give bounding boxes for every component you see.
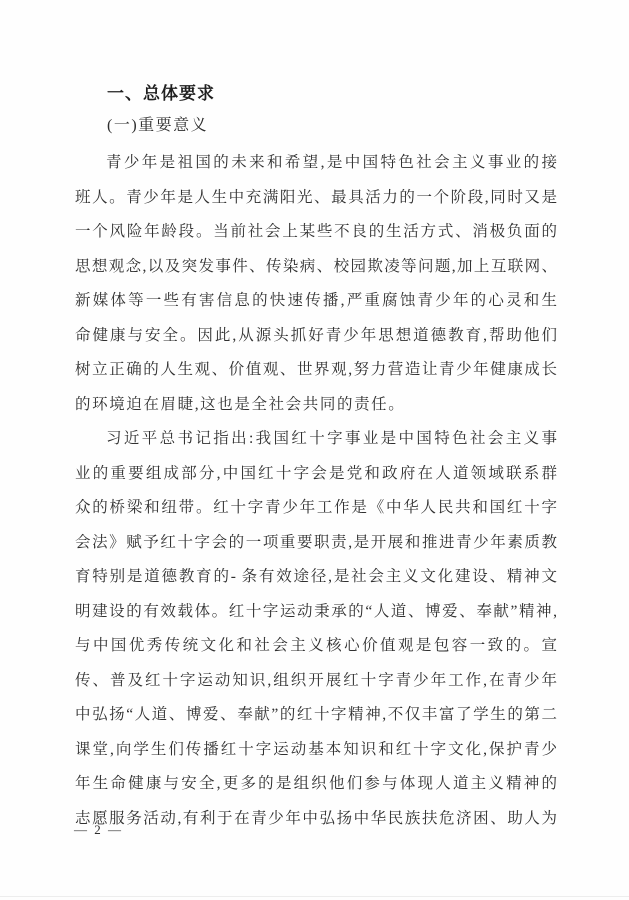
text-line: 众的桥梁和纽带。红十字青少年工作是《中华人民共和国红十字 [75,491,557,526]
text-line: 明建设的有效载体。红十字运动秉承的“人道、博爱、奉献”精神, [75,595,557,630]
scan-bottom-edge [0,896,629,897]
text-line: 业的重要组成部分,中国红十字会是党和政府在人道领域联系群 [75,457,557,492]
text-line: 中弘扬“人道、博爱、奉献”的红十字精神,不仅丰富了学生的第二 [75,698,557,733]
text-line: 班人。青少年是人生中充满阳光、最具活力的一个阶段,同时又是 [75,181,557,216]
text-line: 育特别是道德教育的- 条有效途径,是社会主义文化建设、精神文 [75,560,557,595]
body-paragraphs: 青少年是祖国的未来和希望,是中国特色社会主义事业的接班人。青少年是人生中充满阳光… [75,146,557,836]
text-line: 与中国优秀传统文化和社会主义核心价值观是包容一致的。宣 [75,629,557,664]
text-line: 思想观念,以及突发事件、传染病、校园欺凌等问题,加上互联网、 [75,250,557,285]
text-line: 树立正确的人生观、价值观、世界观,努力营造让青少年健康成长 [75,353,557,388]
text-line: 习近平总书记指出:我国红十字事业是中国特色社会主义事 [75,422,557,457]
text-line: 年生命健康与安全,更多的是组织他们参与体现人道主义精神的 [75,767,557,802]
text-line: 志愿服务活动,有利于在青少年中弘扬中华民族扶危济困、助人为 [75,802,557,837]
text-line: 会法》赋予红十字会的一项重要职责,是开展和推进青少年素质教 [75,526,557,561]
text-block: 一、总体要求 (一)重要意义 青少年是祖国的未来和希望,是中国特色社会主义事业的… [75,84,557,836]
document-page: 一、总体要求 (一)重要意义 青少年是祖国的未来和希望,是中国特色社会主义事业的… [0,0,629,900]
text-line: 青少年是祖国的未来和希望,是中国特色社会主义事业的接 [75,146,557,181]
section-heading: 一、总体要求 [107,84,557,104]
text-line: 传、普及红十字运动知识,组织开展红十字青少年工作,在青少年 [75,664,557,699]
text-line: 命健康与安全。因此,从源头抓好青少年思想道德教育,帮助他们 [75,319,557,354]
text-line: 的环境迫在眉睫,这也是全社会共同的责任。 [75,388,557,423]
text-line: 新媒体等一些有害信息的快速传播,严重腐蚀青少年的心灵和生 [75,284,557,319]
text-line: 课堂,向学生们传播红十字运动基本知识和红十字文化,保护青少 [75,733,557,768]
page-number: — 2 — [74,822,123,838]
text-line: 一个风险年龄段。当前社会上某些不良的生活方式、消极负面的 [75,215,557,250]
subsection-heading: (一)重要意义 [107,116,557,136]
